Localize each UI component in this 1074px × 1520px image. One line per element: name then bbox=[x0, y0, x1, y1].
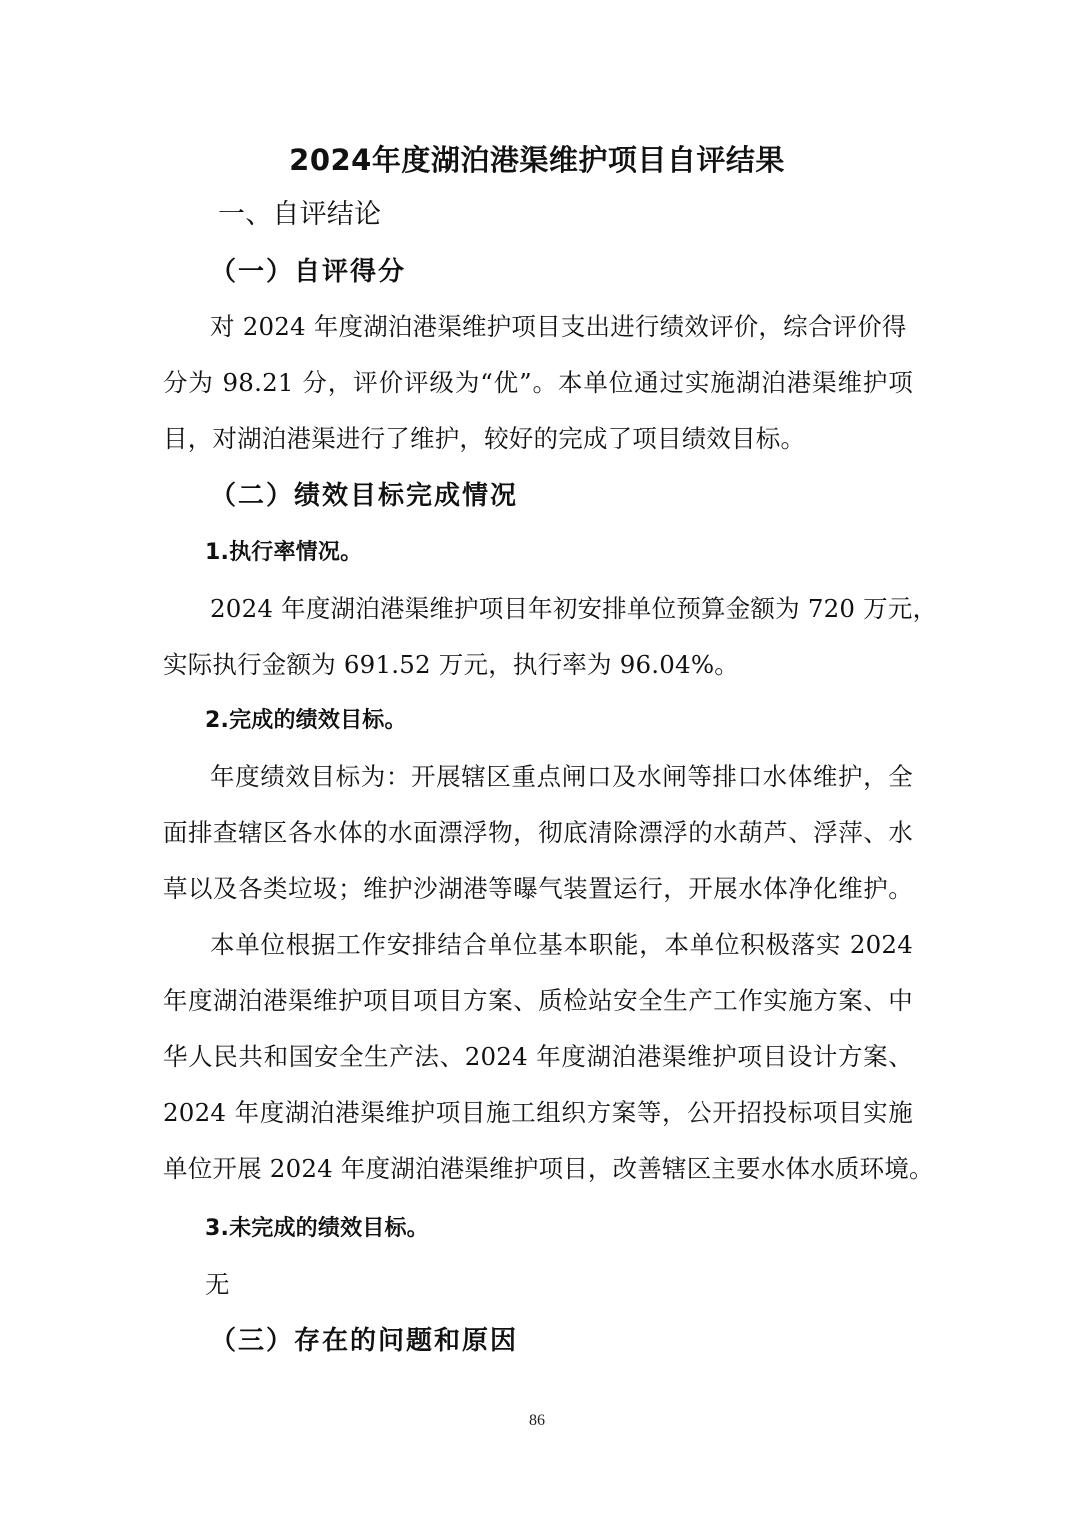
section-heading-self-evaluation-conclusion: 一、自评结论 bbox=[218, 198, 968, 232]
paragraph-line: 本单位根据工作安排结合单位基本职能，本单位积极落实 2024 bbox=[210, 930, 913, 960]
paragraph-line: 单位开展 2024 年度湖泊港渠维护项目，改善辖区主要水体水质环境。 bbox=[163, 1154, 913, 1184]
paragraph-line: 面排查辖区各水体的水面漂浮物，彻底清除漂浮的水葫芦、浮萍、水 bbox=[163, 818, 913, 848]
item-heading-execution-rate: 1.执行率情况。 bbox=[205, 538, 955, 568]
paragraph-line: 2024 年度湖泊港渠维护项目施工组织方案等，公开招投标项目实施 bbox=[163, 1098, 913, 1128]
paragraph-line: 草以及各类垃圾；维护沙湖港等曝气装置运行，开展水体净化维护。 bbox=[163, 874, 913, 904]
item-heading-uncompleted-goals: 3.未完成的绩效目标。 bbox=[205, 1214, 955, 1244]
page-number: 86 bbox=[0, 1412, 1074, 1430]
paragraph-line: 分为 98.21 分，评价评级为“优”。本单位通过实施湖泊港渠维护项 bbox=[163, 368, 913, 398]
paragraph-line: 年度绩效目标为：开展辖区重点闸口及水闸等排口水体维护，全 bbox=[210, 762, 913, 792]
paragraph-line: 华人民共和国安全生产法、2024 年度湖泊港渠维护项目设计方案、 bbox=[163, 1042, 913, 1072]
paragraph-line: 对 2024 年度湖泊港渠维护项目支出进行绩效评价，综合评价得 bbox=[210, 312, 913, 342]
subsection-heading-performance-goals: （二）绩效目标完成情况 bbox=[210, 479, 960, 513]
subsection-heading-score: （一）自评得分 bbox=[210, 255, 960, 289]
paragraph-line: 2024 年度湖泊港渠维护项目年初安排单位预算金额为 720 万元， bbox=[210, 594, 913, 624]
document-title: 2024年度湖泊港渠维护项目自评结果 bbox=[0, 142, 1074, 178]
paragraph-line: 实际执行金额为 691.52 万元，执行率为 96.04%。 bbox=[163, 650, 913, 680]
paragraph-line: 目，对湖泊港渠进行了维护，较好的完成了项目绩效目标。 bbox=[163, 424, 913, 454]
document-page: 2024年度湖泊港渠维护项目自评结果 一、自评结论 （一）自评得分 对 2024… bbox=[0, 0, 1074, 1520]
paragraph-line: 年度湖泊港渠维护项目项目方案、质检站安全生产工作实施方案、中 bbox=[163, 986, 913, 1016]
uncompleted-goals-body: 无 bbox=[205, 1270, 955, 1300]
item-heading-completed-goals: 2.完成的绩效目标。 bbox=[205, 706, 955, 736]
subsection-heading-problems-and-causes: （三）存在的问题和原因 bbox=[210, 1324, 960, 1358]
